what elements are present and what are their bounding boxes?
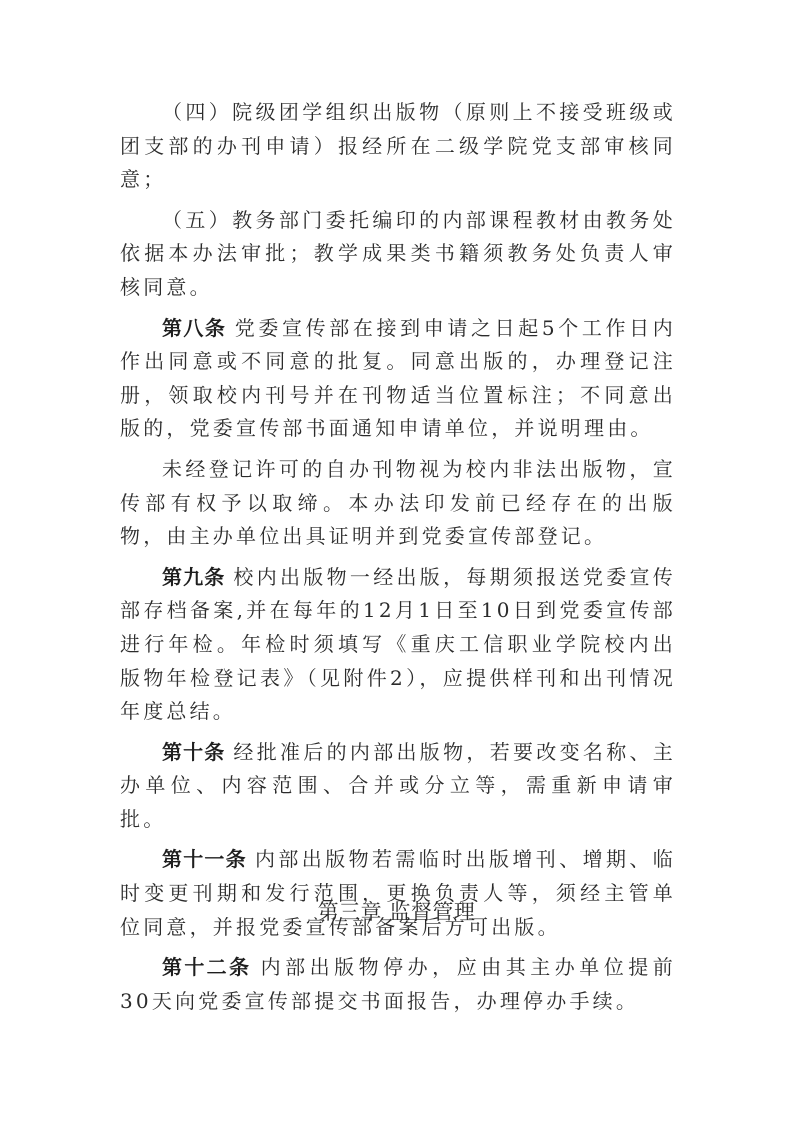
article-label: 第十一条 (162, 847, 247, 871)
article-9: 第九条校内出版物一经出版，每期须报送党委宣传部存档备案,并在每年的12月1日至1… (120, 561, 676, 729)
paragraph-text: （五）教务部门委托编印的内部课程教材由教务处依据本办法审批；教学成果类书籍须教务… (120, 208, 676, 299)
article-8: 第八条党委宣传部在接到申请之日起5个工作日内作出同意或不同意的批复。同意出版的，… (120, 312, 676, 446)
article-label: 第十二条 (162, 955, 251, 979)
document-body: （四）院级团学组织出版物（原则上不接受班级或团支部的办刊申请）报经所在二级学院党… (120, 96, 676, 1025)
paragraph-text: 未经登记许可的自办刊物视为校内非法出版物，宣传部有权予以取缔。本办法印发前已经存… (120, 457, 676, 548)
paragraph-unregistered: 未经登记许可的自办刊物视为校内非法出版物，宣传部有权予以取缔。本办法印发前已经存… (120, 453, 676, 554)
article-label: 第十条 (162, 740, 225, 764)
article-10: 第十条经批准后的内部出版物，若要改变名称、主办单位、内容范围、合并或分立等，需重… (120, 736, 676, 837)
paragraph-item-4: （四）院级团学组织出版物（原则上不接受班级或团支部的办刊申请）报经所在二级学院党… (120, 96, 676, 197)
article-12: 第十二条内部出版物停办，应由其主办单位提前30天向党委宣传部提交书面报告，办理停… (120, 951, 676, 1018)
paragraph-text: （四）院级团学组织出版物（原则上不接受班级或团支部的办刊申请）报经所在二级学院党… (120, 100, 676, 191)
article-11: 第十一条内部出版物若需临时出版增刊、增期、临时变更刊期和发行范围，更换负责人等，… (120, 843, 676, 944)
chapter-heading: 第三章 监督管理 (0, 896, 793, 928)
article-label: 第八条 (162, 316, 226, 340)
article-label: 第九条 (162, 565, 225, 589)
paragraph-item-5: （五）教务部门委托编印的内部课程教材由教务处依据本办法审批；教学成果类书籍须教务… (120, 204, 676, 305)
